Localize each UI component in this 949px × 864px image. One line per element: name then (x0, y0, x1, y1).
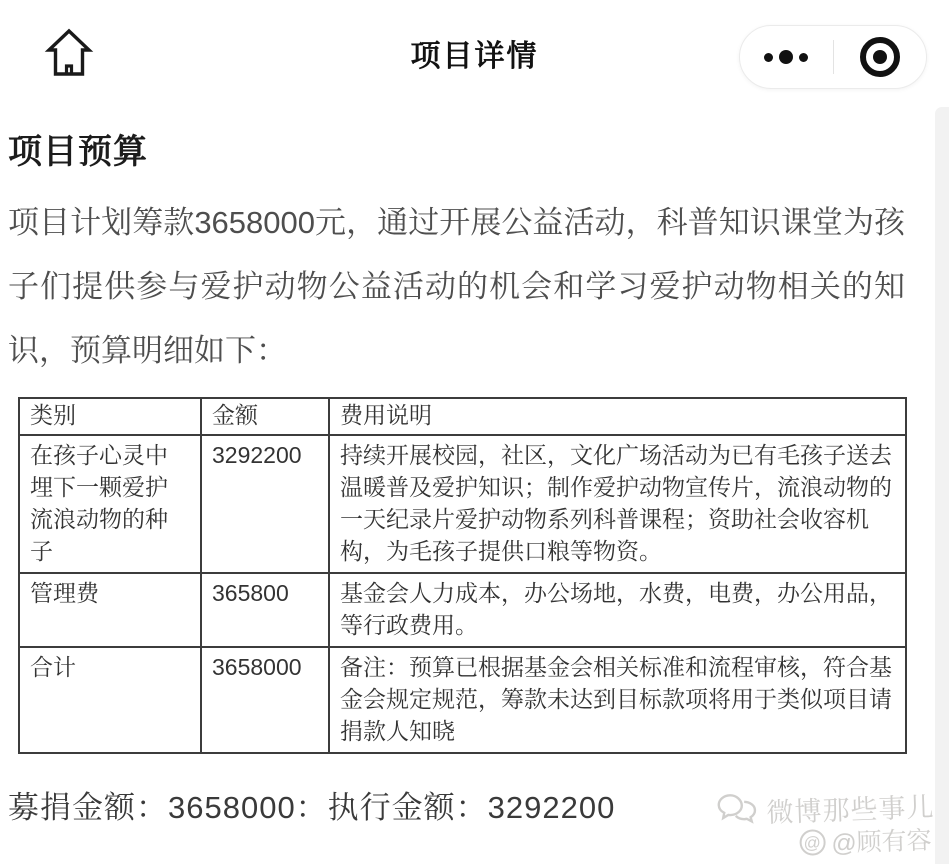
description-cell: 基金会人力成本，办公场地，水费，电费，办公用品，等行政费用。 (329, 573, 906, 647)
category-cell: 合计 (19, 647, 201, 753)
circle-dot-icon (860, 37, 900, 77)
miniprogram-capsule (739, 25, 927, 89)
description-cell: 备注：预算已根据基金会相关标准和流程审核，符合基金会规定规范，筹款未达到目标款项… (329, 647, 906, 753)
column-header: 费用说明 (329, 398, 906, 435)
at-badge-icon: @ (799, 829, 826, 856)
three-dots-icon (764, 50, 808, 64)
chat-bubbles-icon (716, 791, 761, 832)
watermark-author: @顾有容 (831, 820, 933, 859)
budget-table: 类别金额费用说明 在孩子心灵中埋下一颗爱护流浪动物的种子3292200持续开展校… (18, 397, 907, 754)
category-cell: 管理费 (19, 573, 201, 647)
intro-paragraph: 项目计划筹款3658000元，通过开展公益活动，科普知识课堂为孩子们提供参与爱护… (8, 191, 905, 383)
budget-table-body: 在孩子心灵中埋下一颗爱护流浪动物的种子3292200持续开展校园，社区，文化广场… (19, 435, 906, 753)
section-heading: 项目预算 (8, 124, 905, 173)
description-cell: 持续开展校园，社区，文化广场活动为已有毛孩子送去温暖普及爱护知识；制作爱护动物宣… (329, 435, 906, 573)
category-cell: 在孩子心灵中埋下一颗爱护流浪动物的种子 (19, 435, 201, 573)
table-row: 管理费365800基金会人力成本，办公场地，水费，电费，办公用品，等行政费用。 (19, 573, 906, 647)
more-button[interactable] (740, 26, 833, 88)
amount-cell: 3292200 (201, 435, 329, 573)
column-header: 类别 (19, 398, 201, 435)
amount-cell: 365800 (201, 573, 329, 647)
table-row: 在孩子心灵中埋下一颗爱护流浪动物的种子3292200持续开展校园，社区，文化广场… (19, 435, 906, 573)
watermark: 微博那些事儿 @ @顾有容 (716, 785, 936, 864)
amount-cell: 3658000 (201, 647, 329, 753)
content-area: 项目预算 项目计划筹款3658000元，通过开展公益活动，科普知识课堂为孩子们提… (8, 106, 905, 827)
top-bar: 项目详情 (0, 0, 949, 106)
minimize-button[interactable] (834, 26, 927, 88)
scroll-edge-strip[interactable] (935, 107, 949, 864)
budget-table-header-row: 类别金额费用说明 (19, 398, 906, 435)
table-row: 合计3658000备注：预算已根据基金会相关标准和流程审核，符合基金会规定规范，… (19, 647, 906, 753)
column-header: 金额 (201, 398, 329, 435)
